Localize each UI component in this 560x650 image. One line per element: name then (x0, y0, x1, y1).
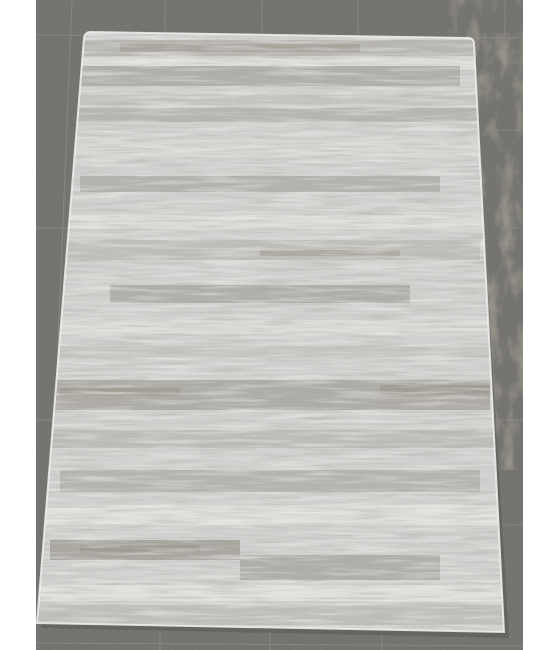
photo (36, 0, 523, 650)
rug-scene (36, 0, 523, 650)
rug (36, 30, 506, 640)
photo-frame (0, 0, 560, 650)
